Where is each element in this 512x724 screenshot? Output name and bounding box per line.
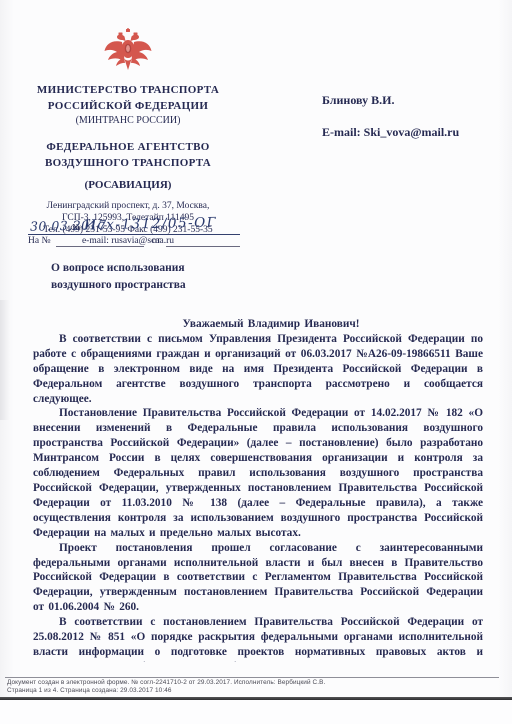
ministry-name-line2: РОССИЙСКОЙ ФЕДЕРАЦИИ — [20, 99, 236, 113]
agency-name-line2: ВОЗДУШНОГО ТРАНСПОРТА — [20, 156, 236, 170]
subject-line-2: воздушного пространства — [51, 277, 186, 294]
body-paragraph-4: В соответствии с постановлением Правител… — [33, 615, 483, 662]
footer-line-1: Документ создан в электронной форме. № с… — [7, 679, 487, 687]
letter-subject: О вопросе использования воздушного прост… — [51, 260, 186, 294]
from-date-label: от — [152, 236, 161, 246]
recipient-name: Блинову В.И. — [322, 93, 459, 108]
incoming-reference-row: На № от — [28, 234, 240, 248]
recipient-block: Блинову В.И. E-mail: Ski_vova@mail.ru — [322, 93, 459, 140]
footer-divider-thick — [0, 697, 512, 700]
agency-abbreviation: (РОСАВИАЦИЯ) — [20, 178, 236, 192]
scan-artifact — [0, 300, 10, 420]
body-paragraph-1: В соответствии с письмом Управления През… — [33, 332, 483, 407]
scanned-letter-page: МИНИСТЕРСТВО ТРАНСПОРТА РОССИЙСКОЙ ФЕДЕР… — [0, 0, 512, 724]
outgoing-reference-row: 30.03.2017 № Исх-1312/05-ОГ — [28, 216, 240, 235]
double-headed-eagle-emblem — [102, 28, 154, 75]
incoming-number-label: На № — [28, 236, 51, 246]
footer-line-2: Страница 1 из 4. Страница создана: 29.03… — [7, 687, 487, 695]
body-paragraph-3: Проект постановления прошел согласование… — [33, 541, 483, 616]
page-bottom-strip — [0, 700, 512, 724]
number-sign: № — [72, 222, 81, 232]
letter-body: Уважаемый Владимир Иванович! В соответст… — [33, 317, 483, 662]
body-paragraph-2: Постановление Правительства Российской Ф… — [33, 406, 483, 540]
recipient-email: E-mail: Ski_vova@mail.ru — [322, 125, 459, 140]
electronic-document-footer: Документ создан в электронной форме. № с… — [7, 679, 487, 695]
subject-line-1: О вопросе использования — [51, 260, 186, 277]
ministry-name-line1: МИНИСТЕРСТВО ТРАНСПОРТА — [20, 83, 236, 97]
handwritten-outgoing-number: Исх-1312/05-ОГ — [84, 215, 217, 234]
incoming-number-blank-line — [56, 246, 144, 247]
footer-divider-thin — [5, 677, 499, 678]
agency-name-line1: ФЕДЕРАЛЬНОЕ АГЕНТСТВО — [20, 140, 236, 154]
from-date-blank-line — [166, 246, 240, 247]
ministry-abbreviation: (МИНТРАНС РОССИИ) — [20, 114, 236, 127]
salutation: Уважаемый Владимир Иванович! — [33, 317, 483, 332]
address-line-1: Ленинградский проспект, д. 37, Москва, — [20, 201, 236, 213]
